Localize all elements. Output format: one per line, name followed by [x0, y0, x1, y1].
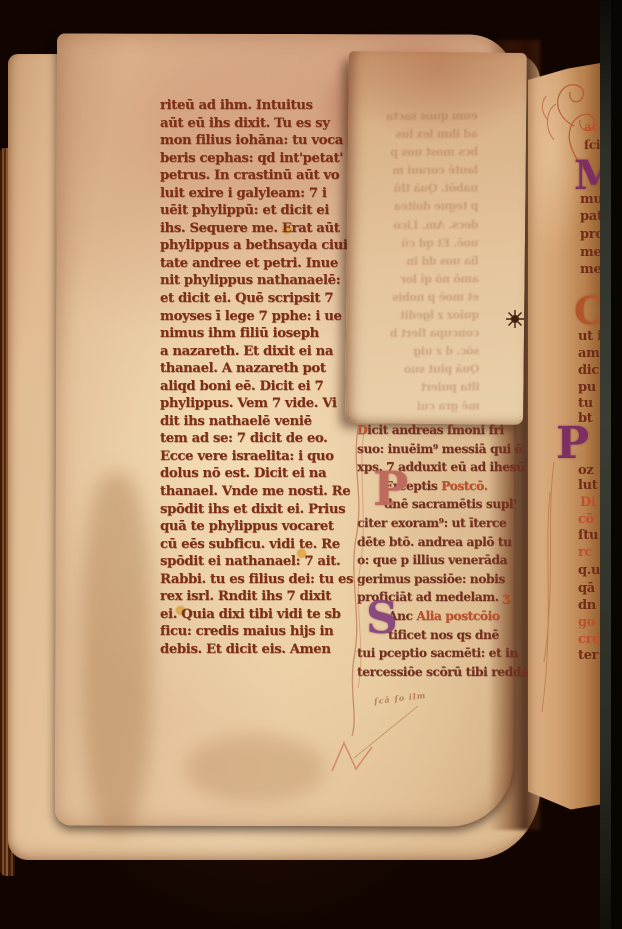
text-line: tem ad se: 7 dicit de eo. [160, 430, 372, 448]
bleed-through-line: ilta puiert [358, 379, 480, 398]
parchment-stain [81, 473, 152, 833]
text-fragment: am [578, 346, 600, 361]
text-fragment: dn [578, 598, 596, 613]
text-line: mon filius iohāna: tu voca [160, 132, 372, 150]
bleed-through-text: eum quos sactaad ihm lex lusbcs most uos… [356, 107, 480, 415]
text-line: ei. Quia dixi tibi vidi te sb [160, 606, 372, 624]
text-line: cū eēs subficu. vidi te. Re [160, 536, 372, 554]
text-fragment: qā [578, 581, 595, 596]
text-line: rex isrl. Rndit ihs 7 dixit [160, 588, 372, 606]
text-line: uēit phylippū: et dicit ei [160, 202, 372, 220]
text-segment: gerimus passiōe: nobis [357, 572, 505, 586]
bleed-through-line: bcs most uos p [356, 144, 478, 163]
text-fragment: ut i [578, 329, 602, 344]
text-line: spōdit ihs et dixit ei. Prius [160, 501, 372, 519]
text-segment: tui pceptio sacmēti: et in [357, 646, 518, 660]
text-segment: tificet nos qs dnē [388, 628, 499, 642]
bleed-through-line: ad ihm lex lus [356, 125, 478, 144]
pen-trial-lines [534, 462, 564, 722]
text-line: riteū ad ihm. Intuitus [160, 97, 372, 115]
text-fragment: lut [578, 478, 598, 493]
decorated-initial-fragment: P [556, 418, 589, 469]
text-line: nimus ihm filiū ioseph [160, 325, 372, 343]
facing-page-strip: accſciMmupatpromemeCut iamdicputubtPozlu… [528, 62, 606, 814]
text-line: aliqd boni eē. Dicit ei 7 [160, 378, 372, 396]
text-fragment: me [580, 245, 601, 260]
text-segment: icit andreas ſmoni fri [367, 423, 504, 437]
bleed-through-line: et moē p nobis [357, 288, 479, 307]
text-line: aūt eū ihs dixit. Tu es sy [160, 115, 372, 133]
bleed-through-line: sōc. d z uig [357, 343, 479, 362]
text-line: quā te phylippus vocaret [160, 518, 372, 536]
text-fragment: cō [578, 512, 594, 527]
bleed-through-line: eum quos sacta [356, 107, 478, 126]
text-line: moyses ī lege 7 pphe: i ue [160, 308, 372, 326]
text-fragment: ſci [584, 138, 600, 152]
text-segment: suo: inuēim⁹ messiā qui ē [357, 442, 522, 456]
text-fragment: oz [578, 463, 593, 478]
bleed-through-line: decs. Am. Lico [356, 216, 478, 235]
text-segment: citer exoram⁹: ut īterce [357, 516, 506, 530]
text-line: suo: inuēim⁹ messiā qui ē [357, 440, 532, 459]
text-fragment: rc [578, 545, 592, 560]
text-line: nit phylippus nathanaelē: [160, 272, 372, 290]
text-line: luit exire i galyleam: 7 i [160, 185, 372, 203]
rubric-text: ʒ [499, 590, 509, 604]
bleed-through-line: amō nō qī lor [357, 270, 479, 289]
left-text-column: riteū ad ihm. Intuitusaūt eū ihs dixit. … [160, 97, 372, 659]
inserted-leaf: eum quos sactaad ihm lex lusbcs most uos… [345, 51, 527, 425]
text-fragment: q.u [578, 563, 600, 578]
text-fragment: cro [578, 632, 601, 647]
text-line: et dicit ei. Quē scripsit 7 [160, 290, 372, 308]
text-line: tate andree et petri. Inue [160, 255, 372, 273]
text-line: phylippus. Vem 7 vide. Vi [160, 395, 372, 413]
bleed-through-line: uoē. Et qd cū [357, 234, 479, 253]
text-fragment: ter [578, 648, 598, 663]
text-fragment: pu [578, 380, 596, 395]
text-line: a nazareth. Et dixit ei na [160, 343, 372, 361]
text-line: Rabbi. tu es filius dei: tu es [160, 571, 372, 589]
bleed-through-line: quīoz z lgedit [357, 306, 479, 325]
bleed-through-line: concupa fiert b [357, 325, 479, 344]
text-segment: dēte btō. andrea aplō tu [357, 535, 512, 549]
bleed-through-line: Quā piut suo [357, 361, 479, 380]
text-line: thanael. A nazareth pot [160, 360, 372, 378]
rubric-text: Alia postcōio [416, 609, 499, 623]
text-line: dolus nō est. Dicit ei na [160, 465, 372, 483]
text-fragment: tu [578, 396, 593, 411]
text-line: petrus. In crastinū aūt vo [160, 167, 372, 185]
text-line: dēte btō. andrea aplō tu [357, 533, 532, 552]
star-mark [506, 310, 524, 328]
red-pen-mark [330, 741, 376, 775]
bleed-through-line: p tegue doitea [356, 198, 478, 217]
parchment-stain [185, 734, 325, 804]
text-fragment: me [580, 262, 601, 277]
bleed-through-line: līa uos dd in [357, 252, 479, 271]
text-line: o: que p illius venerāda [357, 551, 532, 570]
text-fragment: ſtu [578, 528, 598, 543]
text-fragment: go [578, 615, 595, 630]
manuscript-photo: riteū ad ihm. Intuitusaūt eū ihs dixit. … [0, 0, 622, 929]
rubric-text: Postcō. [441, 479, 487, 493]
text-line: tercessiōe scōrū tibi reddat [357, 663, 532, 682]
bleed-through-line: mē gra cui [358, 397, 480, 416]
text-line: thanael. Vnde me nosti. Re [160, 483, 372, 501]
illuminated-initial-p: P [373, 466, 408, 513]
text-line: phylippus a bethsayda ciui [160, 237, 372, 255]
text-line: Dicit andreas ſmoni fri [357, 421, 532, 440]
text-line: debis. Et dicit eis. Amen [160, 641, 372, 659]
text-segment: tercessiōe scōrū tibi reddat [357, 665, 534, 679]
bleed-through-line: lautē coraui m [356, 162, 478, 181]
bleed-through-line: nabōt. Quā tlū [356, 180, 478, 199]
text-line: tui pceptio sacmēti: et in [357, 644, 532, 663]
text-fragment: dic [578, 363, 599, 378]
text-line: spōdit ei nathanael: 7 ait. [160, 553, 372, 571]
text-line: ficu: credis maius hijs in [160, 623, 372, 641]
text-line: dit ihs nathaelē veniē [160, 413, 372, 431]
pen-flourish-descender [344, 428, 374, 738]
frame-edge [611, 0, 622, 929]
text-line: Ecce vere israelita: i quo [160, 448, 372, 466]
text-segment: o: que p illius venerāda [357, 553, 507, 567]
text-line: gerimus passiōe: nobis [357, 570, 532, 589]
text-fragment: Di [580, 495, 596, 510]
text-line: beris cephas: qd int'petat' [160, 150, 372, 168]
text-line: ihs. Sequere me. Erat aūt [160, 220, 372, 238]
